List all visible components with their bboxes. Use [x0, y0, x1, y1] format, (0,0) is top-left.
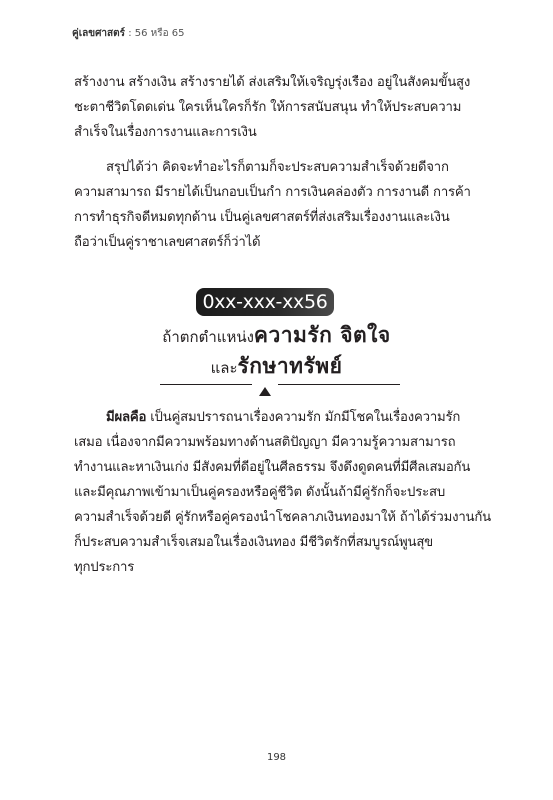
section-heading-line2: และรักษาทรัพย์	[0, 353, 553, 381]
phone-number-badge: 0xx-xxx-xx56	[196, 288, 334, 316]
divider-right	[278, 384, 400, 385]
result-paragraph: มีผลคือ เป็นคู่สมปรารถนาเรื่องความรัก มั…	[74, 405, 474, 580]
heading-big-text: รักษาทรัพย์	[238, 354, 343, 378]
text-line: ความสามารถ มีรายได้เป็นกอบเป็นกำ การเงิน…	[74, 180, 474, 205]
text-line: ทุกประการ	[74, 555, 474, 580]
text-segment: เป็นคู่สมปรารถนาเรื่องความรัก มักมีโชคใน…	[146, 410, 460, 425]
intro-paragraph: สร้างงาน สร้างเงิน สร้างรายได้ ส่งเสริมใ…	[74, 70, 474, 145]
divider-left	[160, 384, 252, 385]
text-line: และมีคุณภาพเข้ามาเป็นคู่ครองหรือคู่ชีวิต…	[74, 480, 474, 505]
section-heading-line1: ถ้าตกตำแหน่งความรัก จิตใจ	[0, 322, 553, 350]
text-line: ชะตาชีวิตโดดเด่น ใครเห็นใครก็รัก ให้การส…	[74, 95, 474, 120]
book-title: คู่เลขศาสตร์	[72, 28, 125, 39]
text-line: เสมอ เนื่องจากมีความพร้อมทางด้านสติปัญญา…	[74, 430, 474, 455]
text-line: ถือว่าเป็นคู่ราชาเลขศาสตร์ก็ว่าได้	[74, 230, 474, 255]
page-number: 198	[0, 752, 553, 763]
text-line: ก็ประสบความสำเร็จเสมอในเรื่องเงินทอง มีช…	[74, 530, 474, 555]
summary-paragraph: สรุปได้ว่า คิดจะทำอะไรก็ตามก็จะประสบความ…	[74, 155, 474, 255]
text-line: มีผลคือ เป็นคู่สมปรารถนาเรื่องความรัก มั…	[74, 405, 474, 430]
heading-big-text: ความรัก จิตใจ	[254, 323, 391, 347]
text-line: ทำงานและหาเงินเก่ง มีสังคมที่ดีอยู่ในศีล…	[74, 455, 474, 480]
text-line: สรุปได้ว่า คิดจะทำอะไรก็ตามก็จะประสบความ…	[74, 155, 474, 180]
lead-term: มีผลคือ	[106, 410, 146, 425]
running-header: คู่เลขศาสตร์ : 56 หรือ 65	[72, 26, 185, 41]
triangle-up-icon	[259, 387, 271, 396]
chapter-subtitle: : 56 หรือ 65	[125, 28, 185, 39]
text-line: การทำธุรกิจดีหมดทุกด้าน เป็นคู่เลขศาสตร์…	[74, 205, 474, 230]
heading-small-text: ถ้าตกตำแหน่ง	[162, 328, 254, 346]
text-line: สำเร็จในเรื่องการงานและการเงิน	[74, 120, 474, 145]
heading-small-text: และ	[211, 359, 238, 377]
text-line: ความสำเร็จด้วยดี คู่รักหรือคู่ครองนำโชคล…	[74, 505, 474, 530]
text-line: สร้างงาน สร้างเงิน สร้างรายได้ ส่งเสริมใ…	[74, 70, 474, 95]
